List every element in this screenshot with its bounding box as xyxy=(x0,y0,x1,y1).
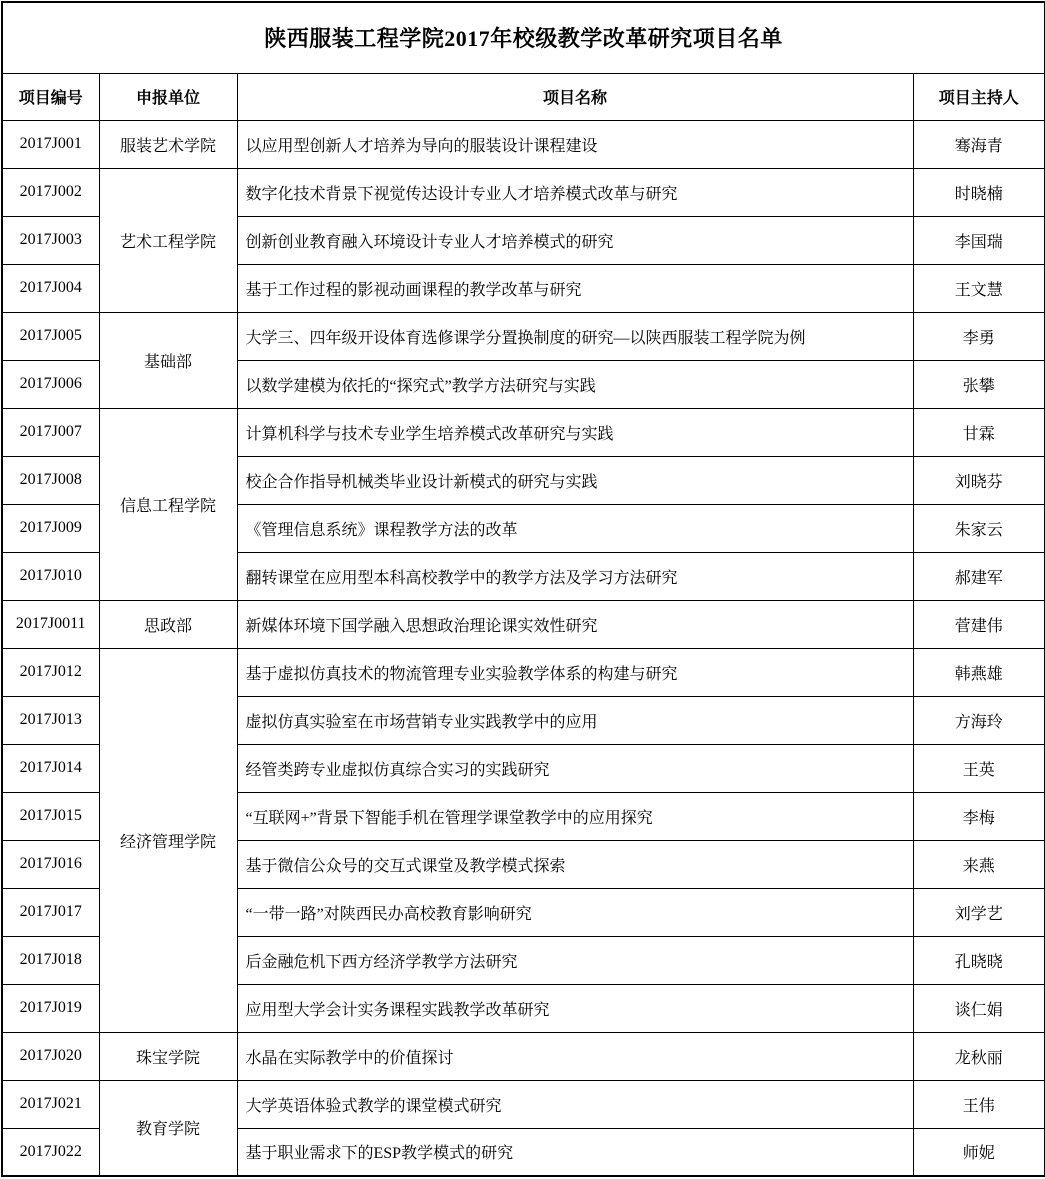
table-title: 陕西服装工程学院2017年校级教学改革研究项目名单 xyxy=(2,2,1045,73)
project-id-cell: 2017J015 xyxy=(2,792,99,840)
project-name-cell: 水晶在实际教学中的价值探讨 xyxy=(237,1032,913,1080)
project-leader-cell: 刘学艺 xyxy=(913,888,1045,936)
table-row: 2017J001服装艺术学院以应用型创新人才培养为导向的服装设计课程建设骞海青 xyxy=(2,120,1045,168)
table-row: 2017J005基础部大学三、四年级开设体育选修课学分置换制度的研究—以陕西服装… xyxy=(2,312,1045,360)
applying-unit-cell: 思政部 xyxy=(99,600,237,648)
header-project-id: 项目编号 xyxy=(2,73,99,120)
project-id-cell: 2017J002 xyxy=(2,168,99,216)
table-row: 2017J012经济管理学院基于虚拟仿真技术的物流管理专业实验教学体系的构建与研… xyxy=(2,648,1045,696)
table-row: 2017J020珠宝学院水晶在实际教学中的价值探讨龙秋丽 xyxy=(2,1032,1045,1080)
applying-unit-cell: 珠宝学院 xyxy=(99,1032,237,1080)
project-name-cell: 校企合作指导机械类毕业设计新模式的研究与实践 xyxy=(237,456,913,504)
project-name-cell: 大学英语体验式教学的课堂模式研究 xyxy=(237,1080,913,1128)
project-id-cell: 2017J012 xyxy=(2,648,99,696)
project-name-cell: 基于微信公众号的交互式课堂及教学模式探索 xyxy=(237,840,913,888)
project-leader-cell: 李国瑞 xyxy=(913,216,1045,264)
project-name-cell: 翻转课堂在应用型本科高校教学中的教学方法及学习方法研究 xyxy=(237,552,913,600)
project-id-cell: 2017J020 xyxy=(2,1032,99,1080)
project-leader-cell: 骞海青 xyxy=(913,120,1045,168)
project-name-cell: 新媒体环境下国学融入思想政治理论课实效性研究 xyxy=(237,600,913,648)
project-name-cell: 以应用型创新人才培养为导向的服装设计课程建设 xyxy=(237,120,913,168)
project-id-cell: 2017J009 xyxy=(2,504,99,552)
document-page: 陕西服装工程学院2017年校级教学改革研究项目名单 项目编号 申报单位 项目名称… xyxy=(0,0,1045,1179)
project-name-cell: 基于虚拟仿真技术的物流管理专业实验教学体系的构建与研究 xyxy=(237,648,913,696)
project-name-cell: “一带一路”对陕西民办高校教育影响研究 xyxy=(237,888,913,936)
project-leader-cell: 来燕 xyxy=(913,840,1045,888)
project-name-cell: 《管理信息系统》课程教学方法的改革 xyxy=(237,504,913,552)
project-id-cell: 2017J006 xyxy=(2,360,99,408)
applying-unit-cell: 经济管理学院 xyxy=(99,648,237,1032)
project-name-cell: 创新创业教育融入环境设计专业人才培养模式的研究 xyxy=(237,216,913,264)
project-name-cell: 基于职业需求下的ESP教学模式的研究 xyxy=(237,1128,913,1176)
project-name-cell: 以数学建模为依托的“探究式”教学方法研究与实践 xyxy=(237,360,913,408)
project-leader-cell: 韩燕雄 xyxy=(913,648,1045,696)
project-id-cell: 2017J008 xyxy=(2,456,99,504)
project-id-cell: 2017J013 xyxy=(2,696,99,744)
project-name-cell: 基于工作过程的影视动画课程的教学改革与研究 xyxy=(237,264,913,312)
applying-unit-cell: 艺术工程学院 xyxy=(99,168,237,312)
project-id-cell: 2017J010 xyxy=(2,552,99,600)
project-id-cell: 2017J005 xyxy=(2,312,99,360)
project-leader-cell: 张攀 xyxy=(913,360,1045,408)
project-name-cell: 计算机科学与技术专业学生培养模式改革研究与实践 xyxy=(237,408,913,456)
table-row: 2017J0011思政部新媒体环境下国学融入思想政治理论课实效性研究菅建伟 xyxy=(2,600,1045,648)
project-id-cell: 2017J004 xyxy=(2,264,99,312)
project-leader-cell: 朱家云 xyxy=(913,504,1045,552)
project-name-cell: 后金融危机下西方经济学教学方法研究 xyxy=(237,936,913,984)
header-project-leader: 项目主持人 xyxy=(913,73,1045,120)
project-leader-cell: 王英 xyxy=(913,744,1045,792)
project-leader-cell: 刘晓芬 xyxy=(913,456,1045,504)
project-leader-cell: 谈仁娟 xyxy=(913,984,1045,1032)
project-leader-cell: 王伟 xyxy=(913,1080,1045,1128)
project-name-cell: 经管类跨专业虚拟仿真综合实习的实践研究 xyxy=(237,744,913,792)
project-leader-cell: 师妮 xyxy=(913,1128,1045,1176)
project-id-cell: 2017J016 xyxy=(2,840,99,888)
project-name-cell: 应用型大学会计实务课程实践教学改革研究 xyxy=(237,984,913,1032)
project-leader-cell: 孔晓晓 xyxy=(913,936,1045,984)
project-leader-cell: 龙秋丽 xyxy=(913,1032,1045,1080)
project-leader-cell: 李梅 xyxy=(913,792,1045,840)
table-row: 2017J021教育学院大学英语体验式教学的课堂模式研究王伟 xyxy=(2,1080,1045,1128)
project-name-cell: 数字化技术背景下视觉传达设计专业人才培养模式改革与研究 xyxy=(237,168,913,216)
project-id-cell: 2017J022 xyxy=(2,1128,99,1176)
project-id-cell: 2017J007 xyxy=(2,408,99,456)
project-leader-cell: 时晓楠 xyxy=(913,168,1045,216)
project-list-table: 陕西服装工程学院2017年校级教学改革研究项目名单 项目编号 申报单位 项目名称… xyxy=(1,1,1045,1177)
header-project-name: 项目名称 xyxy=(237,73,913,120)
header-applying-unit: 申报单位 xyxy=(99,73,237,120)
applying-unit-cell: 基础部 xyxy=(99,312,237,408)
applying-unit-cell: 服装艺术学院 xyxy=(99,120,237,168)
project-id-cell: 2017J003 xyxy=(2,216,99,264)
project-leader-cell: 菅建伟 xyxy=(913,600,1045,648)
project-id-cell: 2017J001 xyxy=(2,120,99,168)
project-name-cell: 虚拟仿真实验室在市场营销专业实践教学中的应用 xyxy=(237,696,913,744)
table-row: 2017J007信息工程学院计算机科学与技术专业学生培养模式改革研究与实践甘霖 xyxy=(2,408,1045,456)
table-title-row: 陕西服装工程学院2017年校级教学改革研究项目名单 xyxy=(2,2,1045,73)
project-leader-cell: 李勇 xyxy=(913,312,1045,360)
table-row: 2017J002艺术工程学院数字化技术背景下视觉传达设计专业人才培养模式改革与研… xyxy=(2,168,1045,216)
project-id-cell: 2017J021 xyxy=(2,1080,99,1128)
applying-unit-cell: 信息工程学院 xyxy=(99,408,237,600)
project-leader-cell: 方海玲 xyxy=(913,696,1045,744)
project-id-cell: 2017J018 xyxy=(2,936,99,984)
project-id-cell: 2017J017 xyxy=(2,888,99,936)
project-leader-cell: 王文慧 xyxy=(913,264,1045,312)
project-id-cell: 2017J0011 xyxy=(2,600,99,648)
applying-unit-cell: 教育学院 xyxy=(99,1080,237,1176)
project-id-cell: 2017J014 xyxy=(2,744,99,792)
project-leader-cell: 甘霖 xyxy=(913,408,1045,456)
project-id-cell: 2017J019 xyxy=(2,984,99,1032)
project-name-cell: “互联网+”背景下智能手机在管理学课堂教学中的应用探究 xyxy=(237,792,913,840)
table-header-row: 项目编号 申报单位 项目名称 项目主持人 xyxy=(2,73,1045,120)
project-leader-cell: 郝建军 xyxy=(913,552,1045,600)
project-name-cell: 大学三、四年级开设体育选修课学分置换制度的研究—以陕西服装工程学院为例 xyxy=(237,312,913,360)
